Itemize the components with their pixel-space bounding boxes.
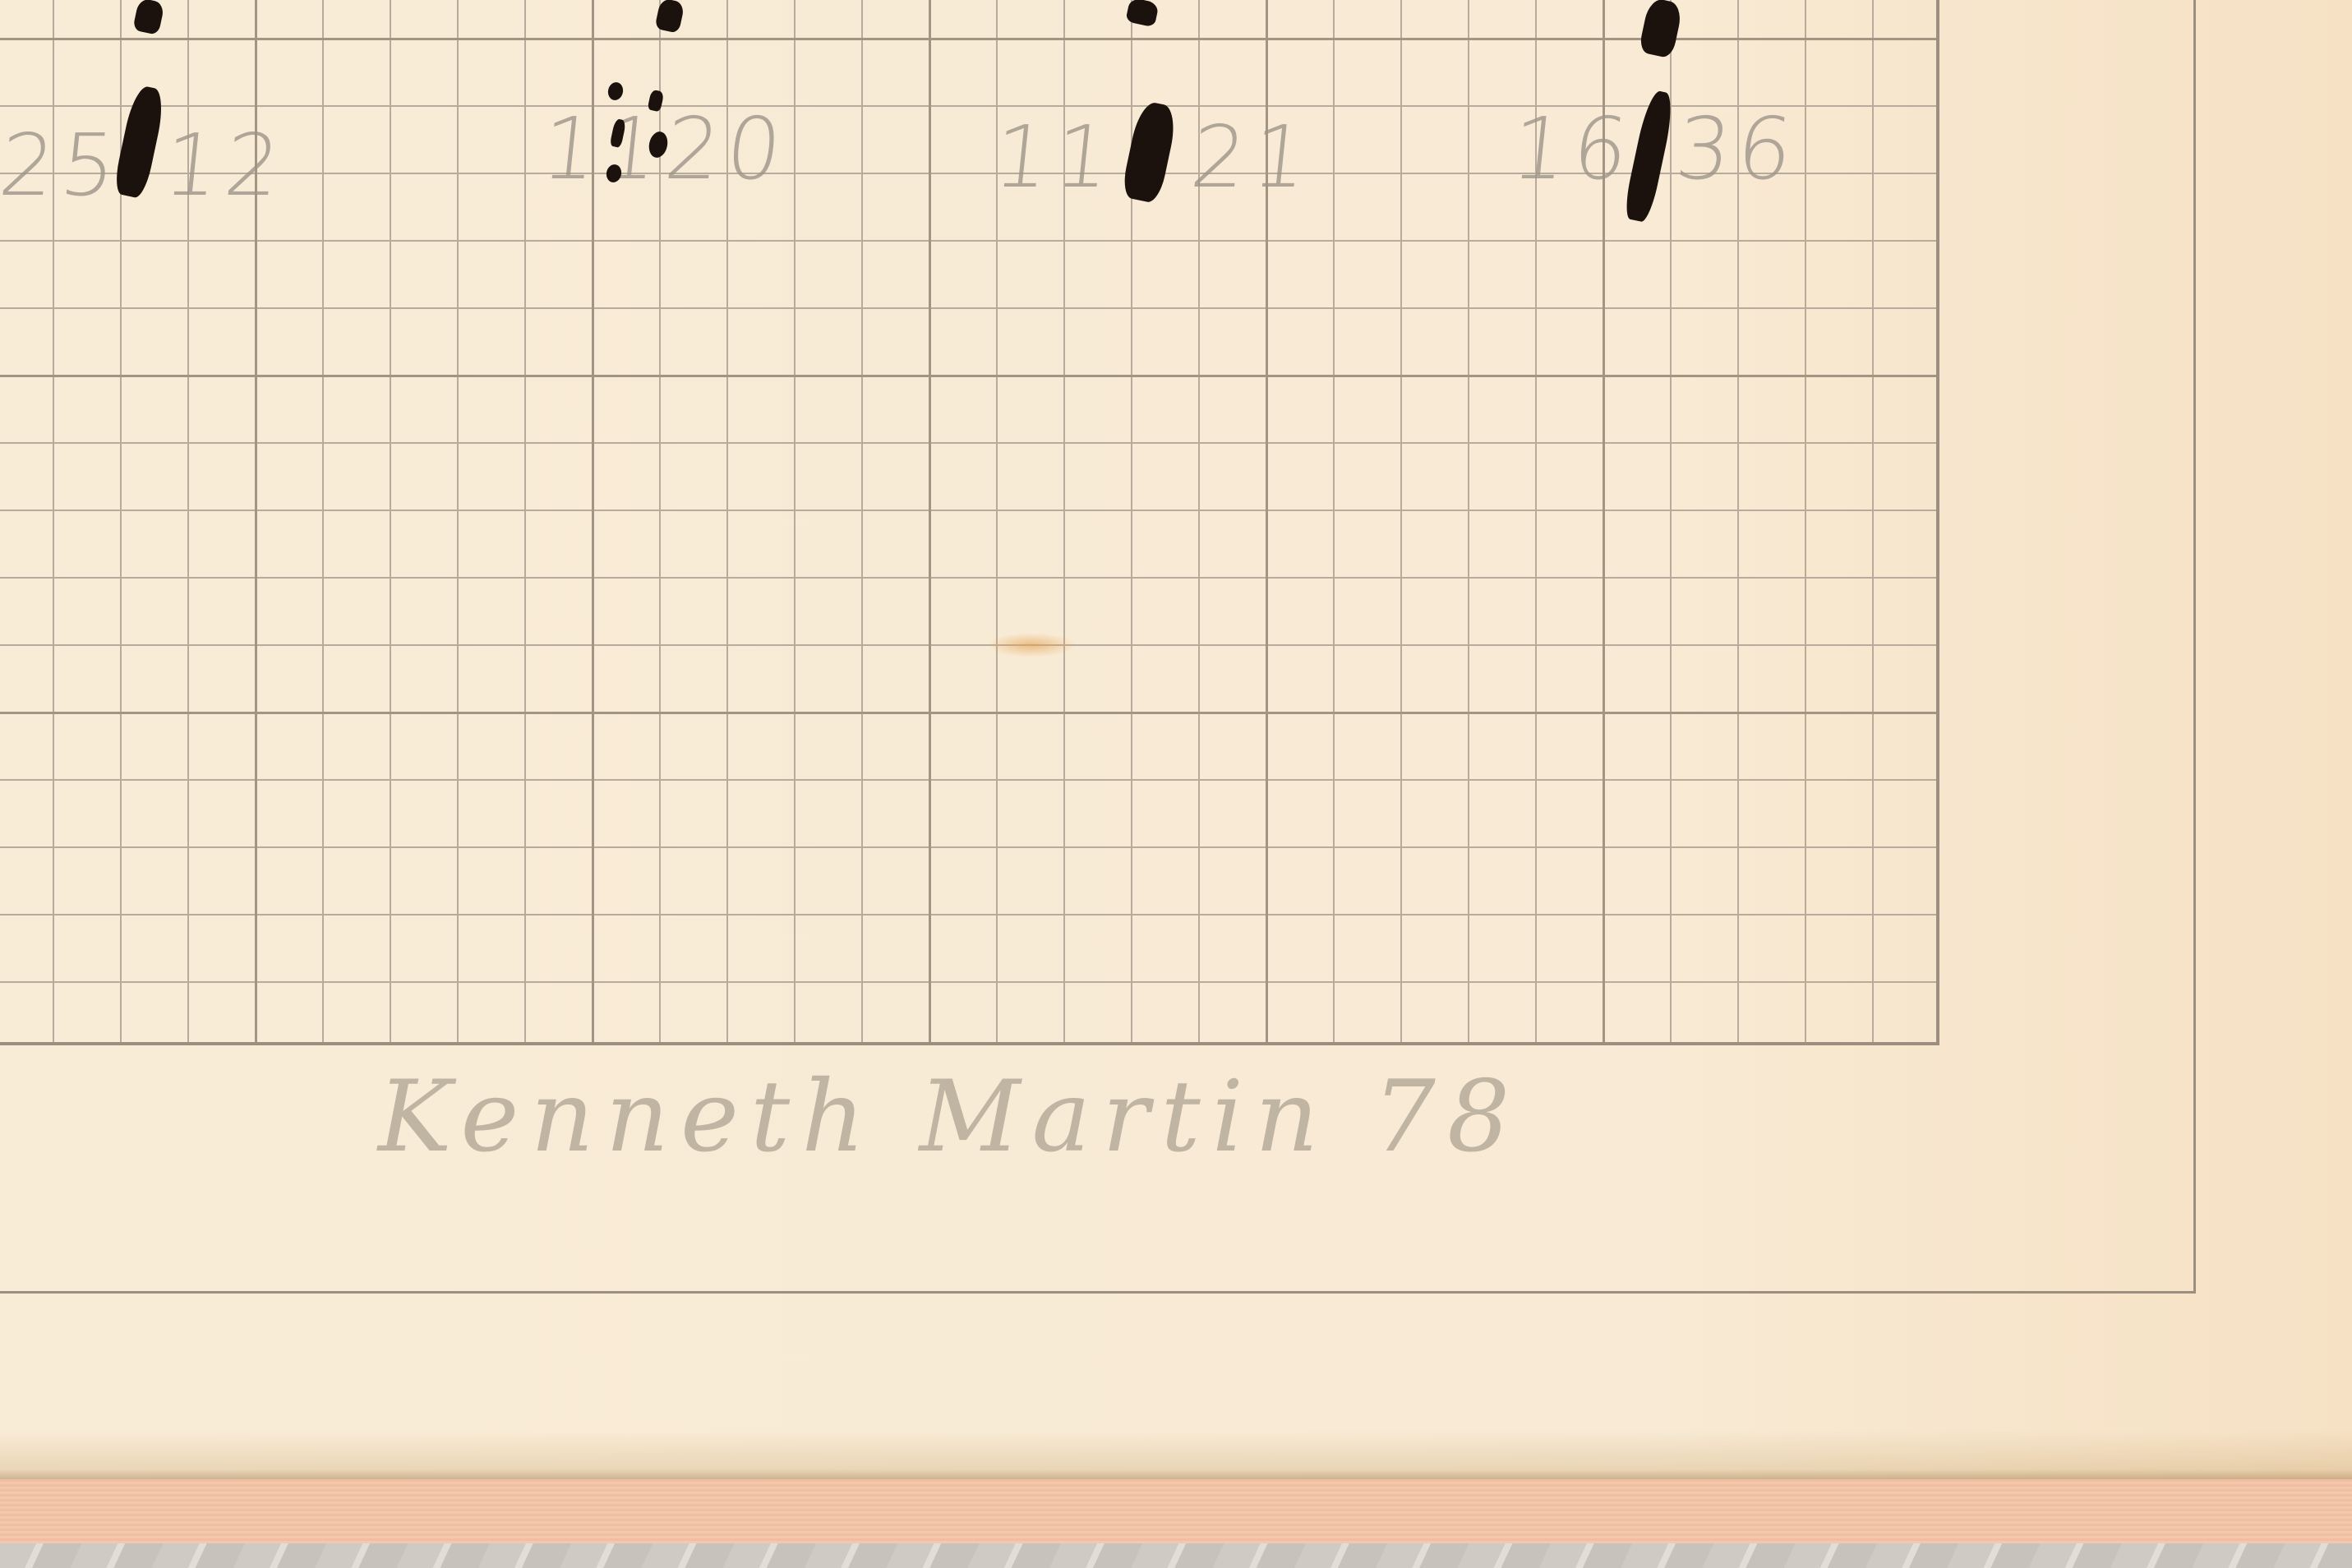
paper-sheet: 25 12 11 20 11 21 16 36 Kenneth Martin 7…	[0, 0, 2352, 1479]
paper-edge-discoloration	[0, 1430, 2352, 1479]
pencil-number: 20	[661, 99, 793, 199]
pencil-number: 11	[989, 107, 1122, 207]
foxing-stain	[986, 633, 1077, 657]
mat-board-edge	[0, 1479, 2352, 1543]
pencil-number: 16	[1507, 99, 1639, 199]
pencil-number: 12	[159, 115, 292, 215]
pencil-number: 21	[1187, 107, 1319, 207]
pencil-number: 36	[1672, 99, 1804, 199]
frame-edge	[0, 1543, 2352, 1568]
pencil-number: 25	[0, 115, 127, 215]
artist-signature: Kenneth Martin 78	[378, 1060, 1521, 1174]
